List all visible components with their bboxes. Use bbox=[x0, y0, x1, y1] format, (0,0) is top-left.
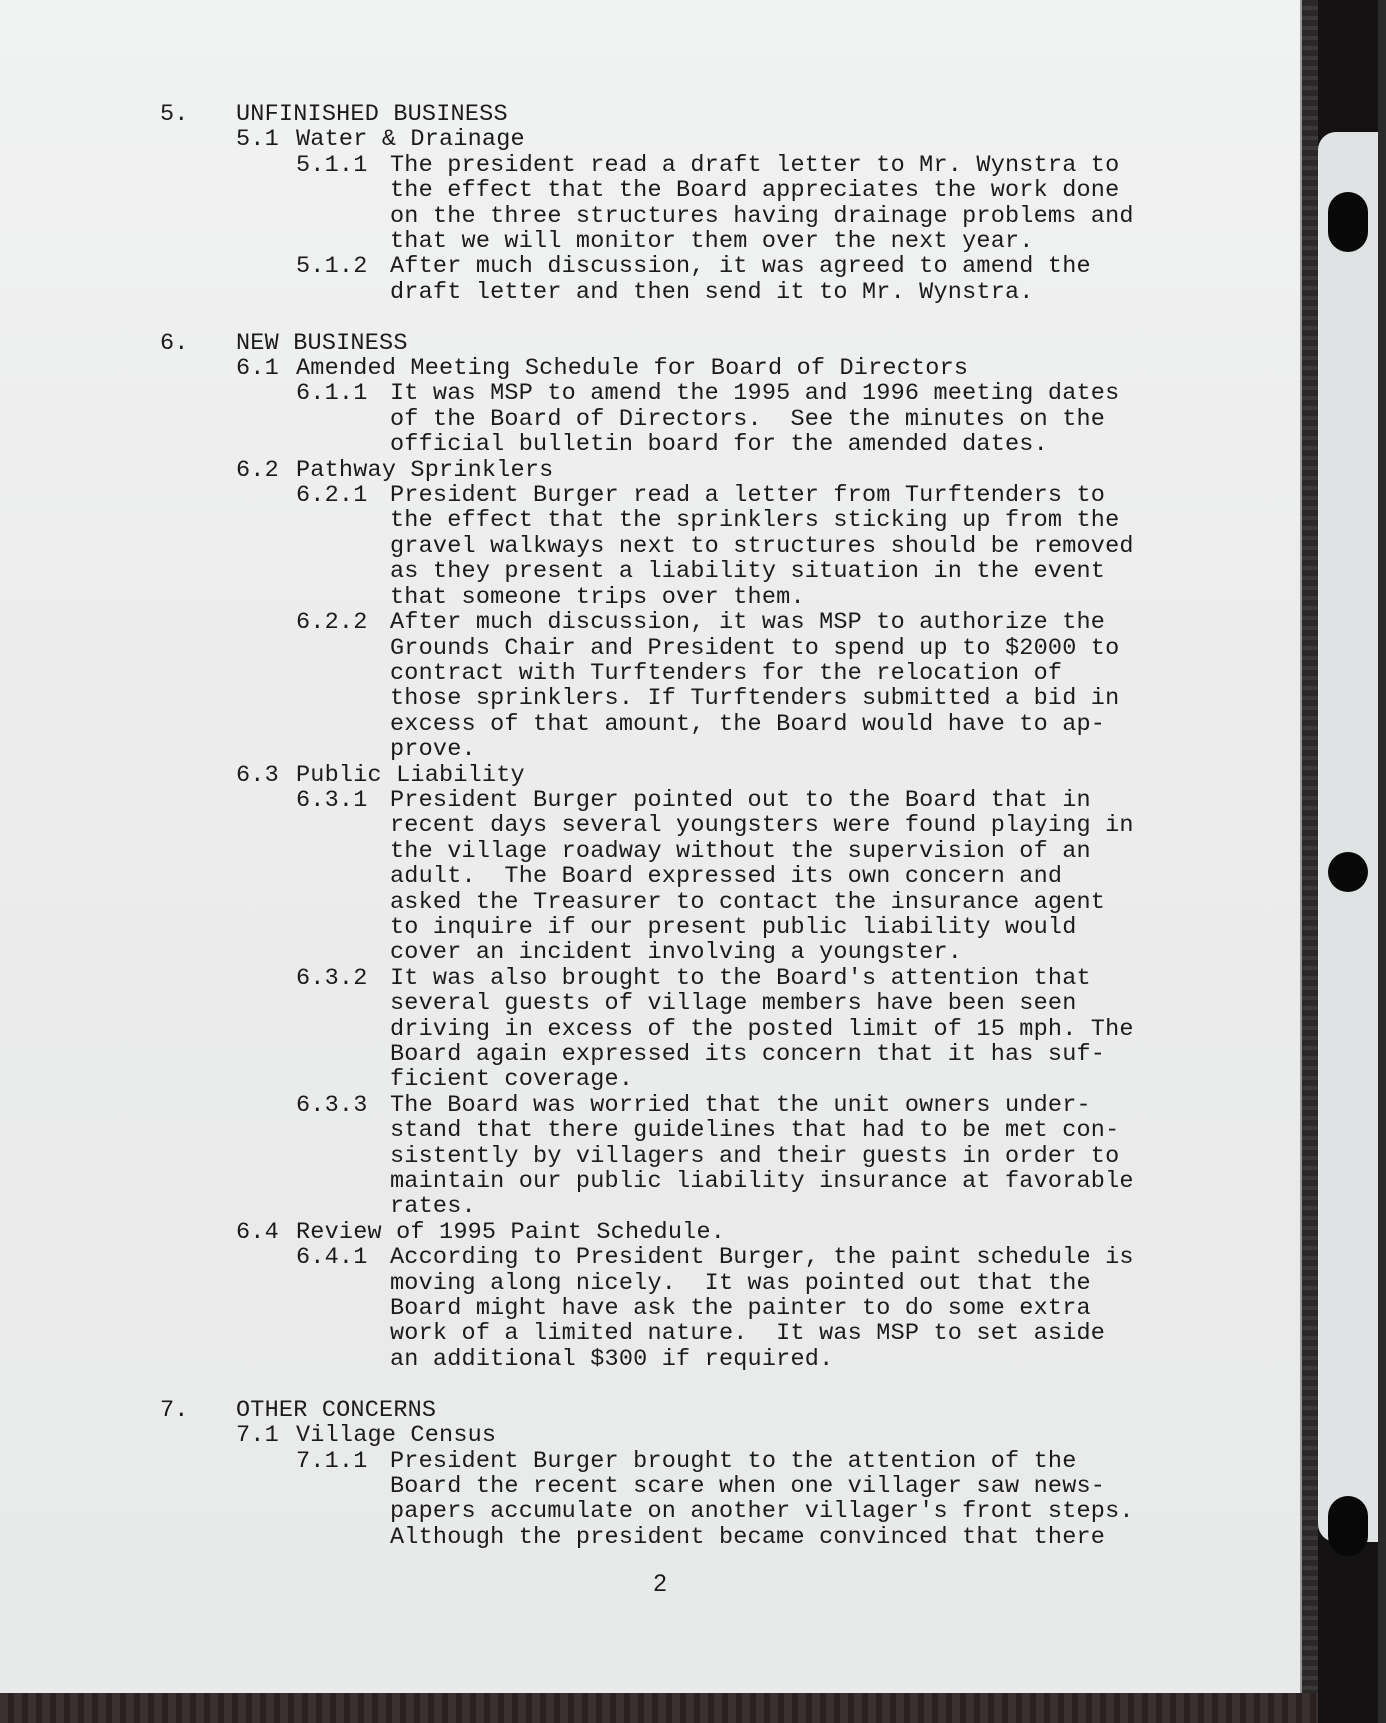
subsection-number: 6.1 bbox=[236, 356, 296, 381]
paragraph-text: driving in excess of the posted limit of… bbox=[390, 1017, 1134, 1042]
paragraph-number-spacer bbox=[296, 636, 390, 661]
paragraph-line: 5.1.2After much discussion, it was agree… bbox=[296, 254, 1170, 279]
paragraph-line: gravel walkways next to structures shoul… bbox=[296, 534, 1170, 559]
binder-hole-strip bbox=[1318, 132, 1378, 1542]
paragraph-text: official bulletin board for the amended … bbox=[390, 432, 1048, 457]
paragraph-number-spacer bbox=[296, 559, 390, 584]
paragraph-text: Grounds Chair and President to spend up … bbox=[390, 636, 1119, 661]
subsection-heading: 7.1Village Census bbox=[160, 1423, 1170, 1448]
subsection-number: 5.1 bbox=[236, 127, 296, 152]
paragraph-line: 6.1.1It was MSP to amend the 1995 and 19… bbox=[296, 381, 1170, 406]
paragraph-number-spacer bbox=[296, 737, 390, 762]
paragraph-line: that someone trips over them. bbox=[296, 585, 1170, 610]
paragraph-text: President Burger pointed out to the Boar… bbox=[390, 788, 1091, 813]
paragraph-line: asked the Treasurer to contact the insur… bbox=[296, 890, 1170, 915]
paragraph-number-spacer bbox=[296, 432, 390, 457]
paragraph-line: official bulletin board for the amended … bbox=[296, 432, 1170, 457]
paragraph-line: 7.1.1President Burger brought to the att… bbox=[296, 1449, 1170, 1474]
paragraph: 6.2.2After much discussion, it was MSP t… bbox=[160, 610, 1170, 762]
paragraph-text: recent days several youngsters were foun… bbox=[390, 813, 1134, 838]
paragraph-text: It was MSP to amend the 1995 and 1996 me… bbox=[390, 381, 1119, 406]
paragraph: 5.1.2After much discussion, it was agree… bbox=[160, 254, 1170, 305]
section-number: 6. bbox=[160, 331, 236, 356]
subsection-title: Village Census bbox=[296, 1423, 496, 1448]
paragraph-line: adult. The Board expressed its own conce… bbox=[296, 864, 1170, 889]
paragraph-text: After much discussion, it was agreed to … bbox=[390, 254, 1091, 279]
paragraph-line: as they present a liability situation in… bbox=[296, 559, 1170, 584]
paragraph-line: cover an incident involving a youngster. bbox=[296, 940, 1170, 965]
paragraph-line: excess of that amount, the Board would h… bbox=[296, 712, 1170, 737]
binder-hole-top-icon bbox=[1328, 192, 1368, 252]
paragraph-line: maintain our public liability insurance … bbox=[296, 1169, 1170, 1194]
paragraph-number-spacer bbox=[296, 991, 390, 1016]
paragraph-number: 6.3.3 bbox=[296, 1093, 390, 1118]
section: 7.OTHER CONCERNS7.1Village Census7.1.1Pr… bbox=[160, 1398, 1170, 1550]
subsection-heading: 6.3Public Liability bbox=[160, 763, 1170, 788]
paragraph-number-spacer bbox=[296, 915, 390, 940]
page-number: 2 bbox=[0, 1570, 1320, 1598]
paragraph-line: on the three structures having drainage … bbox=[296, 204, 1170, 229]
paragraph-number-spacer bbox=[296, 890, 390, 915]
paragraph-text: ficient coverage. bbox=[390, 1067, 633, 1092]
paragraph-number-spacer bbox=[296, 661, 390, 686]
paragraph-line: Board again expressed its concern that i… bbox=[296, 1042, 1170, 1067]
meeting-minutes-body: 5.UNFINISHED BUSINESS5.1Water & Drainage… bbox=[160, 102, 1170, 1550]
paragraph-number-spacer bbox=[296, 864, 390, 889]
paragraph-text: excess of that amount, the Board would h… bbox=[390, 712, 1105, 737]
paragraph-text: that someone trips over them. bbox=[390, 585, 805, 610]
paragraph: 6.3.1President Burger pointed out to the… bbox=[160, 788, 1170, 966]
paragraph-number-spacer bbox=[296, 1017, 390, 1042]
paragraph: 6.4.1According to President Burger, the … bbox=[160, 1245, 1170, 1372]
paragraph-text: President Burger brought to the attentio… bbox=[390, 1449, 1077, 1474]
section-heading: 5.UNFINISHED BUSINESS bbox=[160, 102, 1170, 127]
paragraph: 6.3.2It was also brought to the Board's … bbox=[160, 966, 1170, 1093]
section-heading: 7.OTHER CONCERNS bbox=[160, 1398, 1170, 1423]
paragraph-text: asked the Treasurer to contact the insur… bbox=[390, 890, 1105, 915]
binder-hole-middle-icon bbox=[1328, 852, 1368, 892]
paragraph-line: papers accumulate on another villager's … bbox=[296, 1499, 1170, 1524]
binder-hole-bottom-icon bbox=[1328, 1496, 1368, 1556]
subsection-heading: 5.1Water & Drainage bbox=[160, 127, 1170, 152]
paragraph-text: contract with Turftenders for the reloca… bbox=[390, 661, 1062, 686]
paragraph-number-spacer bbox=[296, 813, 390, 838]
paragraph-line: the effect that the sprinklers sticking … bbox=[296, 508, 1170, 533]
paragraph-number-spacer bbox=[296, 1067, 390, 1092]
subsection-title: Review of 1995 Paint Schedule. bbox=[296, 1220, 725, 1245]
subsection-number: 7.1 bbox=[236, 1423, 296, 1448]
paragraph: 5.1.1The president read a draft letter t… bbox=[160, 153, 1170, 255]
subsection-heading: 6.1Amended Meeting Schedule for Board of… bbox=[160, 356, 1170, 381]
paragraph-line: prove. bbox=[296, 737, 1170, 762]
paragraph-line: 6.3.1President Burger pointed out to the… bbox=[296, 788, 1170, 813]
paragraph-number-spacer bbox=[296, 229, 390, 254]
paragraph-line: 6.2.2After much discussion, it was MSP t… bbox=[296, 610, 1170, 635]
section-heading: 6.NEW BUSINESS bbox=[160, 331, 1170, 356]
paragraph-line: rates. bbox=[296, 1194, 1170, 1219]
paragraph-text: Board again expressed its concern that i… bbox=[390, 1042, 1105, 1067]
section-title: NEW BUSINESS bbox=[236, 331, 408, 356]
paragraph-line: moving along nicely. It was pointed out … bbox=[296, 1271, 1170, 1296]
paragraph-line: 6.2.1President Burger read a letter from… bbox=[296, 483, 1170, 508]
sheet-protector-edge bbox=[1302, 0, 1318, 1723]
paragraph-text: Board might have ask the painter to do s… bbox=[390, 1296, 1091, 1321]
paragraph-text: the effect that the sprinklers sticking … bbox=[390, 508, 1119, 533]
subsection-title: Pathway Sprinklers bbox=[296, 458, 553, 483]
paragraph-number-spacer bbox=[296, 178, 390, 203]
paragraph-text: the village roadway without the supervis… bbox=[390, 839, 1091, 864]
paragraph: 6.3.3The Board was worried that the unit… bbox=[160, 1093, 1170, 1220]
paragraph-line: of the Board of Directors. See the minut… bbox=[296, 407, 1170, 432]
paragraph-line: recent days several youngsters were foun… bbox=[296, 813, 1170, 838]
paragraph-line: to inquire if our present public liabili… bbox=[296, 915, 1170, 940]
paragraph-text: as they present a liability situation in… bbox=[390, 559, 1105, 584]
section: 5.UNFINISHED BUSINESS5.1Water & Drainage… bbox=[160, 102, 1170, 305]
paragraph-number: 5.1.2 bbox=[296, 254, 390, 279]
paragraph-line: Grounds Chair and President to spend up … bbox=[296, 636, 1170, 661]
paragraph-line: Board might have ask the painter to do s… bbox=[296, 1296, 1170, 1321]
paragraph: 6.2.1President Burger read a letter from… bbox=[160, 483, 1170, 610]
binder-edge bbox=[1378, 0, 1386, 1723]
paragraph-number: 5.1.1 bbox=[296, 153, 390, 178]
paragraph-text: maintain our public liability insurance … bbox=[390, 1169, 1134, 1194]
paragraph-number-spacer bbox=[296, 1347, 390, 1372]
paragraph-line: contract with Turftenders for the reloca… bbox=[296, 661, 1170, 686]
paragraph-number-spacer bbox=[296, 534, 390, 559]
section-number: 5. bbox=[160, 102, 236, 127]
paragraph-line: 6.3.3The Board was worried that the unit… bbox=[296, 1093, 1170, 1118]
paragraph-number-spacer bbox=[296, 1144, 390, 1169]
paragraph-number: 6.3.2 bbox=[296, 966, 390, 991]
subsection-number: 6.3 bbox=[236, 763, 296, 788]
paragraph-line: sistently by villagers and their guests … bbox=[296, 1144, 1170, 1169]
paragraph-number-spacer bbox=[296, 1042, 390, 1067]
paragraph-number-spacer bbox=[296, 508, 390, 533]
section-number: 7. bbox=[160, 1398, 236, 1423]
paragraph-text: those sprinklers. If Turftenders submitt… bbox=[390, 686, 1119, 711]
paragraph-text: an additional $300 if required. bbox=[390, 1347, 833, 1372]
paragraph-number-spacer bbox=[296, 940, 390, 965]
paragraph-line: 6.4.1According to President Burger, the … bbox=[296, 1245, 1170, 1270]
paragraph-text: that we will monitor them over the next … bbox=[390, 229, 1034, 254]
paragraph-text: Board the recent scare when one villager… bbox=[390, 1474, 1105, 1499]
paragraph-text: papers accumulate on another villager's … bbox=[390, 1499, 1134, 1524]
paragraph-text: sistently by villagers and their guests … bbox=[390, 1144, 1119, 1169]
paragraph-number-spacer bbox=[296, 686, 390, 711]
subsection-title: Amended Meeting Schedule for Board of Di… bbox=[296, 356, 968, 381]
paragraph-text: work of a limited nature. It was MSP to … bbox=[390, 1321, 1105, 1346]
paragraph-text: After much discussion, it was MSP to aut… bbox=[390, 610, 1105, 635]
paragraph-text: adult. The Board expressed its own conce… bbox=[390, 864, 1062, 889]
paragraph-text: The Board was worried that the unit owne… bbox=[390, 1093, 1091, 1118]
paragraph-text: According to President Burger, the paint… bbox=[390, 1245, 1134, 1270]
paragraph-number: 6.2.1 bbox=[296, 483, 390, 508]
subsection-title: Water & Drainage bbox=[296, 127, 525, 152]
section-title: OTHER CONCERNS bbox=[236, 1398, 436, 1423]
subsection-number: 6.2 bbox=[236, 458, 296, 483]
paragraph-line: 6.3.2It was also brought to the Board's … bbox=[296, 966, 1170, 991]
paragraph-text: cover an incident involving a youngster. bbox=[390, 940, 962, 965]
paragraph-line: 5.1.1The president read a draft letter t… bbox=[296, 153, 1170, 178]
paragraph-line: stand that there guidelines that had to … bbox=[296, 1118, 1170, 1143]
paragraph-text: moving along nicely. It was pointed out … bbox=[390, 1271, 1091, 1296]
paragraph-line: work of a limited nature. It was MSP to … bbox=[296, 1321, 1170, 1346]
section: 6.NEW BUSINESS6.1Amended Meeting Schedul… bbox=[160, 331, 1170, 1373]
paragraph-number-spacer bbox=[296, 1525, 390, 1550]
paragraph-number-spacer bbox=[296, 1321, 390, 1346]
paragraph-text: stand that there guidelines that had to … bbox=[390, 1118, 1119, 1143]
paragraph-number-spacer bbox=[296, 407, 390, 432]
paragraph-number-spacer bbox=[296, 839, 390, 864]
paragraph-line: that we will monitor them over the next … bbox=[296, 229, 1170, 254]
paragraph-number-spacer bbox=[296, 1271, 390, 1296]
paragraph-line: several guests of village members have b… bbox=[296, 991, 1170, 1016]
paragraph-number: 6.4.1 bbox=[296, 1245, 390, 1270]
paragraph-line: the village roadway without the supervis… bbox=[296, 839, 1170, 864]
subsection-number: 6.4 bbox=[236, 1220, 296, 1245]
paragraph-number-spacer bbox=[296, 1169, 390, 1194]
paragraph: 7.1.1President Burger brought to the att… bbox=[160, 1449, 1170, 1551]
paragraph-line: Although the president became convinced … bbox=[296, 1525, 1170, 1550]
paragraph-number: 6.3.1 bbox=[296, 788, 390, 813]
paragraph-text: Although the president became convinced … bbox=[390, 1525, 1105, 1550]
paragraph-number: 6.2.2 bbox=[296, 610, 390, 635]
paragraph-line: draft letter and then send it to Mr. Wyn… bbox=[296, 280, 1170, 305]
paragraph-text: prove. bbox=[390, 737, 476, 762]
paragraph-text: draft letter and then send it to Mr. Wyn… bbox=[390, 280, 1034, 305]
section-title: UNFINISHED BUSINESS bbox=[236, 102, 508, 127]
paragraph: 6.1.1It was MSP to amend the 1995 and 19… bbox=[160, 381, 1170, 457]
sheet-protector-bottom-edge bbox=[0, 1693, 1318, 1723]
paragraph-line: the effect that the Board appreciates th… bbox=[296, 178, 1170, 203]
paragraph-text: The president read a draft letter to Mr.… bbox=[390, 153, 1119, 178]
paragraph-text: of the Board of Directors. See the minut… bbox=[390, 407, 1105, 432]
paragraph-line: an additional $300 if required. bbox=[296, 1347, 1170, 1372]
paragraph-number-spacer bbox=[296, 585, 390, 610]
paragraph-number-spacer bbox=[296, 712, 390, 737]
paragraph-text: several guests of village members have b… bbox=[390, 991, 1077, 1016]
paragraph-line: Board the recent scare when one villager… bbox=[296, 1474, 1170, 1499]
paragraph-line: driving in excess of the posted limit of… bbox=[296, 1017, 1170, 1042]
paragraph-text: to inquire if our present public liabili… bbox=[390, 915, 1077, 940]
paragraph-number-spacer bbox=[296, 280, 390, 305]
subsection-title: Public Liability bbox=[296, 763, 525, 788]
paragraph-number-spacer bbox=[296, 1194, 390, 1219]
paragraph-number-spacer bbox=[296, 1499, 390, 1524]
paragraph-text: gravel walkways next to structures shoul… bbox=[390, 534, 1134, 559]
paragraph-number-spacer bbox=[296, 1474, 390, 1499]
paragraph-number: 6.1.1 bbox=[296, 381, 390, 406]
paragraph-text: the effect that the Board appreciates th… bbox=[390, 178, 1119, 203]
paragraph-number-spacer bbox=[296, 1296, 390, 1321]
subsection-heading: 6.2Pathway Sprinklers bbox=[160, 458, 1170, 483]
paragraph-text: rates. bbox=[390, 1194, 476, 1219]
paragraph-text: on the three structures having drainage … bbox=[390, 204, 1134, 229]
paragraph-text: President Burger read a letter from Turf… bbox=[390, 483, 1105, 508]
paragraph-number-spacer bbox=[296, 1118, 390, 1143]
paragraph-line: ficient coverage. bbox=[296, 1067, 1170, 1092]
paragraph-text: It was also brought to the Board's atten… bbox=[390, 966, 1091, 991]
paragraph-line: those sprinklers. If Turftenders submitt… bbox=[296, 686, 1170, 711]
paragraph-number: 7.1.1 bbox=[296, 1449, 390, 1474]
paragraph-number-spacer bbox=[296, 204, 390, 229]
subsection-heading: 6.4Review of 1995 Paint Schedule. bbox=[160, 1220, 1170, 1245]
